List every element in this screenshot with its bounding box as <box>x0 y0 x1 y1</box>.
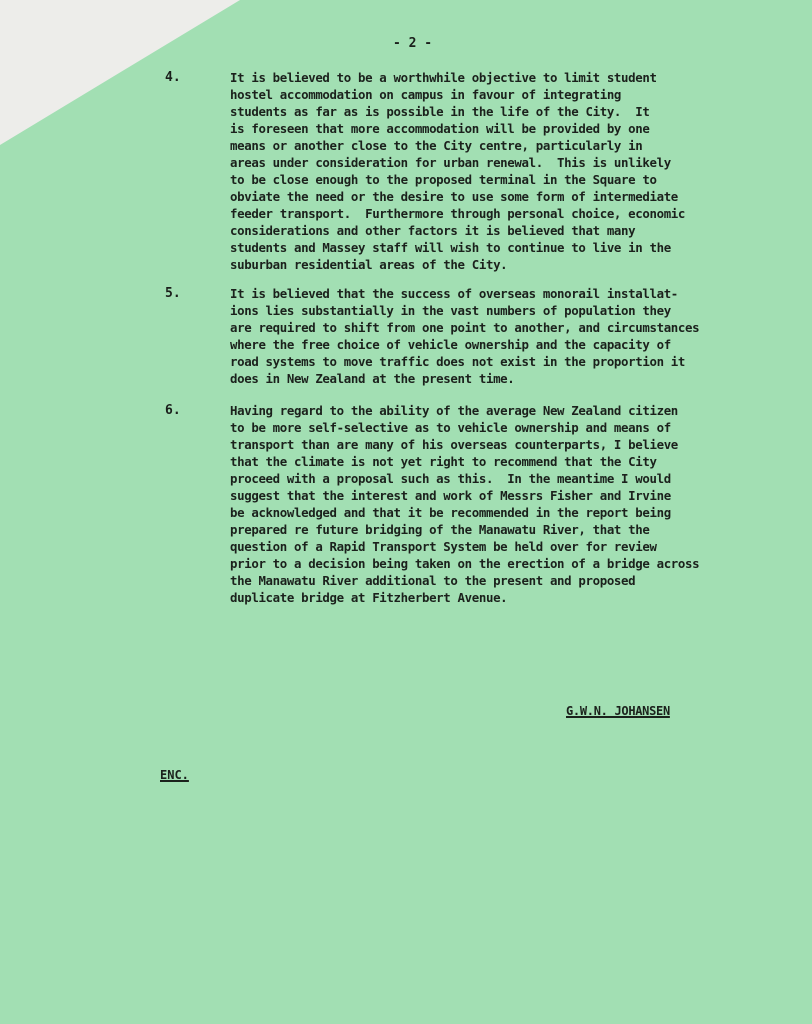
text-line: prior to a decision being taken on the e… <box>230 556 699 571</box>
text-line: prepared re future bridging of the Manaw… <box>230 522 649 537</box>
text-line: obviate the need or the desire to use so… <box>230 189 678 204</box>
text-line: be acknowledged and that it be recommend… <box>230 505 671 520</box>
text-line: duplicate bridge at Fitzherbert Avenue. <box>230 590 507 605</box>
text-line: that the climate is not yet right to rec… <box>230 454 657 469</box>
text-line: means or another close to the City centr… <box>230 138 642 153</box>
document-page: - 2 - 4. It is believed to be a worthwhi… <box>0 0 812 1024</box>
text-line: areas under consideration for urban rene… <box>230 155 671 170</box>
text-line: transport than are many of his overseas … <box>230 437 678 452</box>
text-line: are required to shift from one point to … <box>230 320 699 335</box>
page-number: - 2 - <box>393 36 432 51</box>
text-line: students as far as is possible in the li… <box>230 104 649 119</box>
text-line: considerations and other factors it is b… <box>230 223 635 238</box>
text-line: suburban residential areas of the City. <box>230 257 507 272</box>
paragraph-number: 4. <box>165 70 181 85</box>
paragraph-number: 6. <box>165 403 181 418</box>
signature: G.W.N. JOHANSEN <box>566 704 670 718</box>
text-line: Having regard to the ability of the aver… <box>230 403 678 418</box>
text-line: ions lies substantially in the vast numb… <box>230 303 671 318</box>
text-line: feeder transport. Furthermore through pe… <box>230 206 685 221</box>
text-line: question of a Rapid Transport System be … <box>230 539 657 554</box>
text-line: It is believed that the success of overs… <box>230 286 678 301</box>
text-line: is foreseen that more accommodation will… <box>230 121 649 136</box>
text-line: where the free choice of vehicle ownersh… <box>230 337 671 352</box>
text-line: students and Massey staff will wish to c… <box>230 240 671 255</box>
text-line: road systems to move traffic does not ex… <box>230 354 685 369</box>
text-line: to be more self-selective as to vehicle … <box>230 420 671 435</box>
text-line: hostel accommodation on campus in favour… <box>230 87 621 102</box>
text-line: to be close enough to the proposed termi… <box>230 172 657 187</box>
text-line: proceed with a proposal such as this. In… <box>230 471 671 486</box>
text-line: the Manawatu River additional to the pre… <box>230 573 635 588</box>
paragraph-number: 5. <box>165 286 181 301</box>
text-line: It is believed to be a worthwhile object… <box>230 70 657 85</box>
enclosure-note: ENC. <box>160 768 189 782</box>
text-line: suggest that the interest and work of Me… <box>230 488 671 503</box>
text-line: does in New Zealand at the present time. <box>230 371 514 386</box>
